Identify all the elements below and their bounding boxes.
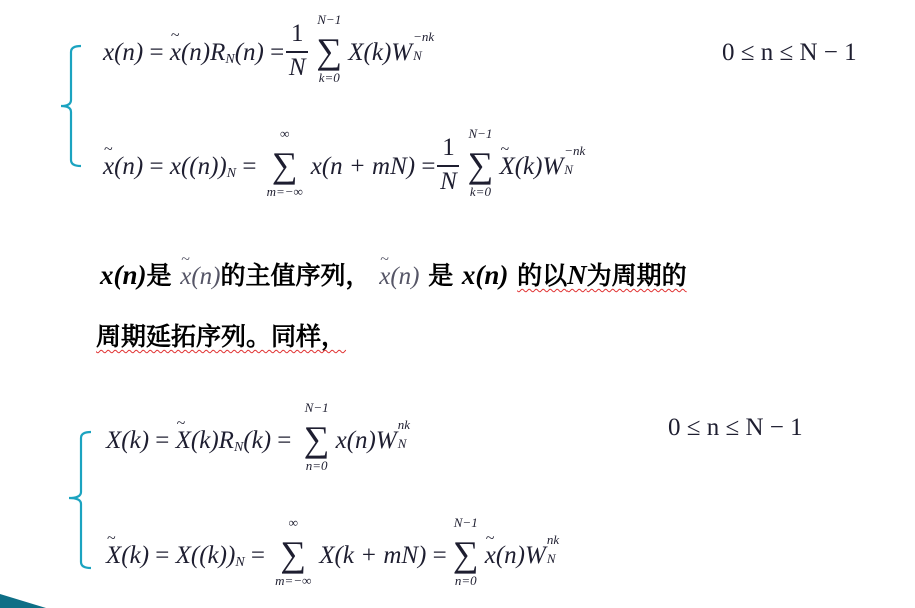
eq-summand: x(n + mN) xyxy=(311,154,415,179)
eq-lhs: x(n) xyxy=(103,154,143,179)
text-segment: 为周期的 xyxy=(587,261,687,290)
eq-modulo-term: X((k)) xyxy=(176,543,236,568)
subscript: N xyxy=(398,437,410,450)
summation-icon: N−1∑n=0 xyxy=(449,520,483,590)
eq-summand: x(n)W xyxy=(336,428,397,453)
paragraph-line-1: x(n)是 x(n)的主值序列， x(n) 是 x(n) 的以N为周期的 xyxy=(100,262,687,289)
eq-modulo-term: x((n)) xyxy=(170,154,227,179)
eq-lhs: x(n) xyxy=(103,40,143,65)
math-x-n: x(n) xyxy=(462,260,509,290)
eq-summand: X(k)W xyxy=(499,154,563,179)
subscript: N xyxy=(234,441,243,455)
superscript: nk xyxy=(547,533,559,546)
text-is: 是 xyxy=(428,261,453,290)
eq-periodic-term: x(n)R xyxy=(170,40,226,65)
equation-dft-periodic-extension: X(k) = X((k))N = ∞∑m=−∞ X(k + mN) = N−1∑… xyxy=(106,515,559,595)
superscript: nk xyxy=(398,418,410,431)
sum-lower-limit: k=0 xyxy=(302,71,356,84)
paragraph-line-2: 周期延拓序列。同样， xyxy=(96,324,346,349)
math-N: N xyxy=(567,260,587,290)
sum-upper-limit: ∞ xyxy=(259,127,311,140)
eq-term-tail: (n) xyxy=(235,40,264,65)
equals-sign: = xyxy=(143,40,170,65)
eq-periodic-term: X(k)R xyxy=(176,428,234,453)
equals-sign: = xyxy=(426,543,446,568)
summation-icon: N−1∑k=0 xyxy=(463,131,497,201)
left-brace-icon xyxy=(55,38,85,170)
equals-sign: = xyxy=(149,428,176,453)
text-principal-sequence: 的主值序列， xyxy=(220,261,370,290)
fraction-numerator: 1 xyxy=(437,135,459,160)
sum-lower-limit: n=0 xyxy=(290,459,344,472)
equals-sign: = xyxy=(271,428,298,453)
sum-upper-limit: N−1 xyxy=(294,401,340,414)
equation-dft-principal: X(k) = X(k)RN(k) = N−1∑n=0 x(n)WnkN xyxy=(106,400,410,480)
equals-sign: = xyxy=(149,543,176,568)
equation-periodic-extension: x(n) = x((n))N = ∞∑m=−∞ x(n + mN) = 1N N… xyxy=(103,126,585,206)
eq-term-tail: (k) xyxy=(243,428,271,453)
summation-icon: N−1∑k=0 xyxy=(312,17,346,87)
equals-sign: = xyxy=(236,154,263,179)
subscript: N xyxy=(564,163,585,176)
summation-icon: ∞∑m=−∞ xyxy=(273,520,313,590)
subscript: N xyxy=(413,49,434,62)
sum-lower-limit: k=0 xyxy=(453,185,507,198)
eq-summand: X(k + mN) xyxy=(319,543,426,568)
spellcheck-underlined-text: 的以N为周期的 xyxy=(517,261,687,290)
sum-lower-limit: m=−∞ xyxy=(263,574,323,587)
eq-lhs: X(k) xyxy=(106,428,149,453)
equals-sign: = xyxy=(143,154,170,179)
equals-sign: = xyxy=(415,154,435,179)
subscript: N xyxy=(547,552,559,565)
text-is: 是 xyxy=(147,261,172,290)
text-periodic-extension: 周期延拓序列。同样， xyxy=(96,322,346,351)
text-segment: 的以 xyxy=(517,261,567,290)
equation-idft-principal: x(n) = x(n)RN(n) = 1N N−1∑k=0 X(k)W−nkN xyxy=(103,14,434,90)
sum-upper-limit: ∞ xyxy=(267,516,319,529)
subscript: N xyxy=(225,53,234,67)
superscript: −nk xyxy=(413,30,434,43)
range-condition: 0 ≤ n ≤ N − 1 xyxy=(668,415,803,440)
math-x-n: x(n) xyxy=(100,260,147,290)
range-condition: 0 ≤ n ≤ N − 1 xyxy=(722,40,857,65)
equals-sign: = xyxy=(245,543,272,568)
summation-icon: ∞∑m=−∞ xyxy=(265,131,305,201)
sum-lower-limit: m=−∞ xyxy=(255,185,315,198)
math-xtilde-n: x(n) xyxy=(379,264,419,289)
subscript: N xyxy=(227,167,236,181)
fraction-numerator: 1 xyxy=(286,21,308,46)
eq-summand: X(k)W xyxy=(348,40,412,65)
superscript: −nk xyxy=(564,144,585,157)
sum-upper-limit: N−1 xyxy=(443,516,489,529)
summation-icon: N−1∑n=0 xyxy=(300,405,334,475)
sum-upper-limit: N−1 xyxy=(457,127,503,140)
slide-corner-decoration xyxy=(0,588,50,608)
sum-upper-limit: N−1 xyxy=(306,13,352,26)
eq-summand: x(n)W xyxy=(485,543,546,568)
subscript: N xyxy=(235,556,244,570)
left-brace-icon xyxy=(63,426,93,574)
equals-sign: = xyxy=(264,40,284,65)
sum-lower-limit: n=0 xyxy=(439,574,493,587)
math-xtilde-n: x(n) xyxy=(180,264,220,289)
eq-lhs: X(k) xyxy=(106,543,149,568)
